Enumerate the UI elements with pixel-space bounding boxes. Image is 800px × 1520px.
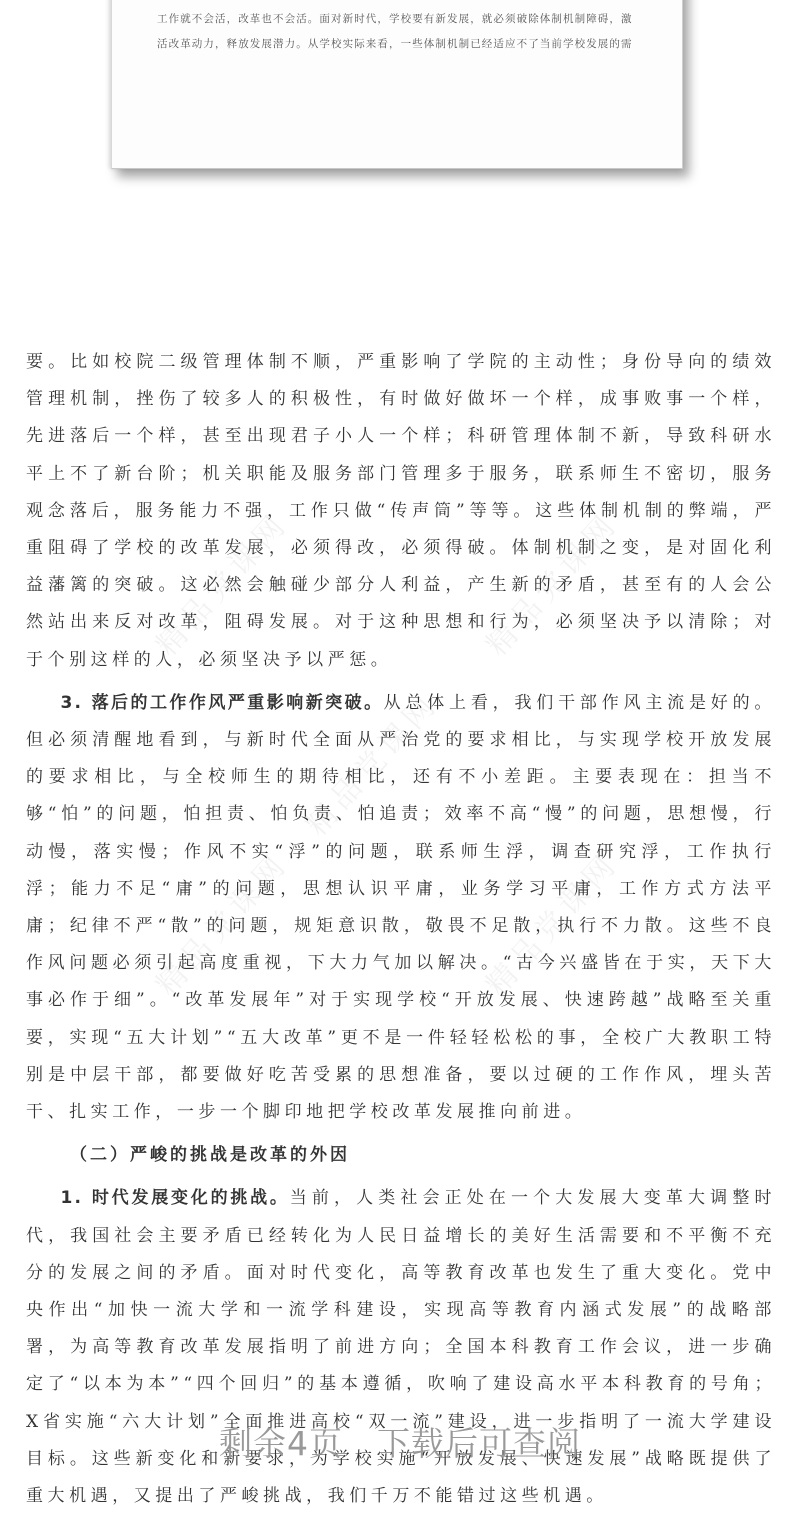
preview-line: 活改革动力，释放发展潜力。从学校实际来看，一些体制机制已经适应不了当前学校发展的… bbox=[157, 36, 647, 51]
remaining-pages-label: 剩余4页 bbox=[219, 1424, 343, 1463]
paragraph-numbered-3: 3. 落后的工作作风严重影响新突破。从总体上看，我们干部作风主流是好的。但必须清… bbox=[26, 685, 776, 1131]
document-body: 要。比如校院二级管理体制不顺，严重影响了学院的主动性；身份导向的绩效管理机制，挫… bbox=[26, 344, 776, 1515]
section-heading: （二）严峻的挑战是改革的外因 bbox=[26, 1137, 776, 1174]
preview-line: 工作就不会活，改革也不会活。面对新时代，学校要有新发展，就必须破除体制机制障碍，… bbox=[157, 11, 647, 26]
paragraph-lead: 3. 落后的工作作风严重影响新突破。 bbox=[61, 693, 384, 713]
paragraph-text: 要。比如校院二级管理体制不顺，严重影响了学院的主动性；身份导向的绩效管理机制，挫… bbox=[26, 352, 776, 670]
paragraph-lead: 1. 时代发展变化的挑战。 bbox=[61, 1188, 290, 1208]
download-label: 下载后可查阅 bbox=[377, 1424, 581, 1463]
paragraph-numbered-1: 1. 时代发展变化的挑战。当前，人类社会正处在一个大发展大变革大调整时代，我国社… bbox=[26, 1180, 776, 1515]
preview-page-card: 工作就不会活，改革也不会活。面对新时代，学校要有新发展，就必须破除体制机制障碍，… bbox=[111, 0, 683, 169]
paragraph-continuation: 要。比如校院二级管理体制不顺，严重影响了学院的主动性；身份导向的绩效管理机制，挫… bbox=[26, 344, 776, 679]
download-to-read-more-button[interactable]: 剩余4页下载后可查阅 bbox=[0, 1418, 800, 1465]
paragraph-text: 从总体上看，我们干部作风主流是好的。但必须清醒地看到，与新时代全面从严治党的要求… bbox=[26, 693, 776, 1122]
